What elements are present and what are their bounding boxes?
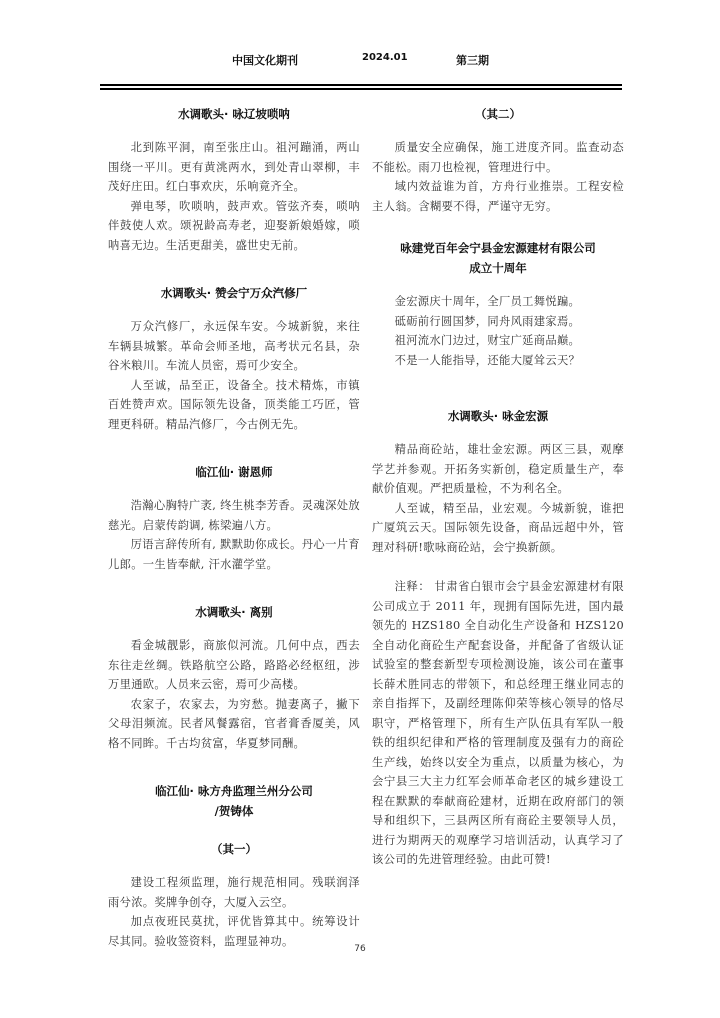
poem-stanza: 北到陈平洞，南至张庄山。祖河蹦涌，两山围绕一平川。更有黄洮两水，到处青山翠柳，丰… xyxy=(108,138,360,197)
poem-title: 水调歌头· 离别 xyxy=(108,602,360,622)
poem-part-label: （其二） xyxy=(372,104,624,124)
issue-date: 2024.01 xyxy=(362,52,408,63)
poem-stanza: 浩瀚心胸特广袤, 终生桃李芳香。灵魂深处放慈光。启蒙传韵调, 栋梁遍八方。 xyxy=(108,496,360,535)
verse-line: 金宏源庆十周年，全厂员工舞悦蹁。 xyxy=(372,292,624,312)
poem-title-line2: 成立十周年 xyxy=(372,258,624,278)
poem-teacher: 临江仙· 谢恩师 浩瀚心胸特广袤, 终生桃李芳香。灵魂深处放慈光。启蒙传韵调, … xyxy=(108,462,360,574)
poem-title: 水调歌头· 赞会宁万众汽修厂 xyxy=(108,283,360,303)
poem-title: 临江仙· 谢恩师 xyxy=(108,462,360,482)
journal-name: 中国文化期刊 xyxy=(232,52,298,68)
page-number: 76 xyxy=(0,944,720,954)
poem-stanza: 人至诚，精至品，业宏观。今城新貌，谁把广厦筑云天。国际领先设备，商品远超中外，管… xyxy=(372,499,624,558)
verse-line: 祖河流水门边过，财宝广延商品巅。 xyxy=(372,331,624,351)
poem-fangzhou-part2: （其二） 质量安全应确保，施工进度齐同。监查动态不能松。雨刀也检视，管理进行中。… xyxy=(372,104,624,216)
poem-stanza: 质量安全应确保，施工进度齐同。监查动态不能松。雨刀也检视，管理进行中。 xyxy=(372,138,624,177)
poem-stanza: 厉语言辞传所有, 默默助你成长。丹心一片育儿郎。一生皆奉献, 汗水灌学堂。 xyxy=(108,535,360,574)
poem-stanza: 万众汽修厂，永远保车安。今城新貌，来往车辆县城繁。革命会师圣地，高考状元名县，杂… xyxy=(108,317,360,376)
poem-title: 临江仙· 咏方舟监理兰州分公司 xyxy=(108,781,360,801)
verse-line: 不是一人能指导，还能大厦耸云天？ xyxy=(372,351,624,371)
poem-farewell: 水调歌头· 离别 看金城靓影，商旅似河流。几何中点，西去东往走丝绸。铁路航空公路… xyxy=(108,602,360,753)
left-column: 水调歌头· 咏辽坡唢呐 北到陈平洞，南至张庄山。祖河蹦涌，两山围绕一平川。更有黄… xyxy=(108,104,360,951)
poem-suona: 水调歌头· 咏辽坡唢呐 北到陈平洞，南至张庄山。祖河蹦涌，两山围绕一平川。更有黄… xyxy=(108,104,360,255)
issue-number: 第三期 xyxy=(456,52,489,68)
poem-auto-repair: 水调歌头· 赞会宁万众汽修厂 万众汽修厂，永远保车安。今城新貌，来往车辆县城繁。… xyxy=(108,283,360,434)
header-rule-bottom xyxy=(100,88,622,90)
poem-anniversary: 咏建党百年会宁县金宏源建材有限公司 成立十周年 金宏源庆十周年，全厂员工舞悦蹁。… xyxy=(372,238,624,370)
poem-fangzhou: 临江仙· 咏方舟监理兰州分公司 /贺铸体 （其一） 建设工程须监理，施行规范相同… xyxy=(108,781,360,951)
verse-line: 砥砺前行圆国梦，同舟风雨建家焉。 xyxy=(372,312,624,332)
poem-stanza: 建设工程须监理，施行规范相同。残联润泽雨兮浓。奖牌争创夺，大厦入云空。 xyxy=(108,873,360,912)
running-header: 中国文化期刊 2024.01 第三期 xyxy=(0,52,720,72)
poem-stanza: 农家子，农家去，为穷愁。抛妻离子，撇下父母泪频流。民者风餐露宿，官者膏香厦美，风… xyxy=(108,695,360,754)
right-column: （其二） 质量安全应确保，施工进度齐同。监查动态不能松。雨刀也检视，管理进行中。… xyxy=(372,104,624,870)
poem-title: 水调歌头· 咏辽坡唢呐 xyxy=(108,104,360,124)
poem-title: 水调歌头· 咏金宏源 xyxy=(372,406,624,426)
poem-stanza: 弹电琴，吹唢呐，鼓声欢。管弦齐奏，唢呐伴鼓使人欢。颂祝龄高寿老，迎娶新娘婚嫁，唢… xyxy=(108,197,360,256)
poem-title: 咏建党百年会宁县金宏源建材有限公司 xyxy=(372,238,624,258)
header-rule-top xyxy=(100,84,622,86)
poem-title-line2: /贺铸体 xyxy=(108,801,360,821)
poem-stanza: 人至诚，品至正，设备全。技术精炼，市镇百姓赞声欢。国际领先设备，顶类能工巧匠，管… xyxy=(108,376,360,435)
annotation-text: 注释： 甘肃省白银市会宁县金宏源建材有限公司成立于 2011 年，现拥有国际先进… xyxy=(372,577,624,870)
poem-stanza: 看金城靓影，商旅似河流。几何中点，西去东往走丝绸。铁路航空公路，路路必经枢纽，涉… xyxy=(108,636,360,695)
poem-jinhongyuan: 水调歌头· 咏金宏源 精品商砼站，雄壮金宏源。两区三县，观摩学艺并参观。开拓务实… xyxy=(372,406,624,557)
poem-stanza: 域内效益谁为首，方舟行业推崇。工程安检主人翁。含糊要不得，严谨守无穷。 xyxy=(372,177,624,216)
poem-stanza: 精品商砼站，雄壮金宏源。两区三县，观摩学艺并参观。开拓务实新创，稳定质量生产，奉… xyxy=(372,440,624,499)
annotation: 注释： 甘肃省白银市会宁县金宏源建材有限公司成立于 2011 年，现拥有国际先进… xyxy=(372,577,624,870)
poem-part-label: （其一） xyxy=(108,839,360,859)
